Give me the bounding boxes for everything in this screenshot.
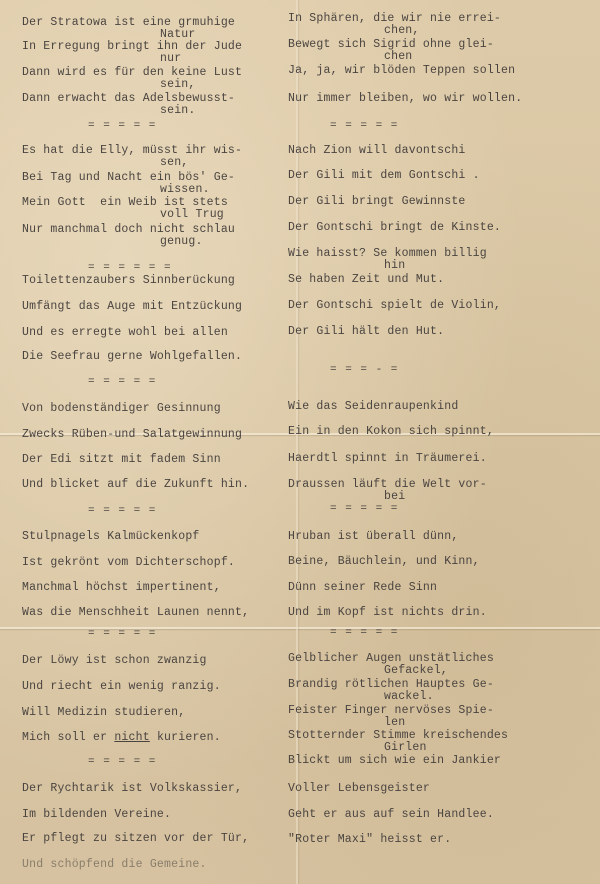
poem-line: Beine, Bäuchlein, und Kinn, bbox=[288, 555, 480, 568]
stanza-divider: = = = = = bbox=[88, 756, 156, 769]
poem-line: Haerdtl spinnt in Träumerei. bbox=[288, 452, 487, 465]
poem-line: Stulpnagels Kalmückenkopf bbox=[22, 530, 200, 543]
stanza-divider: = = = = = bbox=[88, 505, 156, 518]
poem-line: Dann wird es für den keine Lust bbox=[22, 66, 242, 79]
poem-line: Der Rychtarik ist Volkskassier, bbox=[22, 782, 242, 795]
poem-line: Zwecks Rüben-und Salatgewinnung bbox=[22, 428, 242, 441]
poem-line: Mich soll er nicht kurieren. bbox=[22, 731, 221, 744]
poem-line: Was die Menschheit Launen nennt, bbox=[22, 606, 249, 619]
stanza-divider: = = = = = bbox=[88, 120, 156, 133]
poem-line: Blickt um sich wie ein Jankier bbox=[288, 754, 501, 767]
poem-line: Und blicket auf die Zukunft hin. bbox=[22, 478, 249, 491]
poem-line-continuation: wissen. bbox=[160, 183, 210, 196]
poem-line-continuation: len bbox=[384, 716, 405, 729]
poem-line: Und riecht ein wenig ranzig. bbox=[22, 680, 221, 693]
poem-line: In Erregung bringt ihn der Jude bbox=[22, 40, 242, 53]
poem-line: Ein in den Kokon sich spinnt, bbox=[288, 425, 494, 438]
poem-line: Von bodenständiger Gesinnung bbox=[22, 402, 221, 415]
poem-line-continuation: hin bbox=[384, 259, 405, 272]
poem-line-continuation: nur bbox=[160, 52, 181, 65]
poem-line: Toilettenzaubers Sinnberückung bbox=[22, 274, 235, 287]
poem-line-continuation: bei bbox=[384, 490, 405, 503]
poem-line-continuation: chen, bbox=[384, 24, 420, 37]
poem-line-continuation: sein, bbox=[160, 78, 196, 91]
poem-line-continuation: Gefackel, bbox=[384, 664, 448, 677]
poem-line-continuation: sen, bbox=[160, 156, 188, 169]
poem-line-continuation: sein. bbox=[160, 104, 196, 117]
poem-line: Die Seefrau gerne Wohlgefallen. bbox=[22, 350, 242, 363]
underlined-word: nicht bbox=[114, 731, 150, 744]
poem-line-continuation: wackel. bbox=[384, 690, 434, 703]
poem-line: Hruban ist überall dünn, bbox=[288, 530, 458, 543]
stanza-divider: = = = = = bbox=[330, 120, 398, 133]
poem-line: Er pflegt zu sitzen vor der Tür, bbox=[22, 832, 249, 845]
stanza-divider: = = = - = bbox=[330, 364, 398, 377]
stanza-divider: = = = = = bbox=[88, 376, 156, 389]
poem-line: Nur immer bleiben, wo wir wollen. bbox=[288, 92, 522, 105]
poem-line: Manchmal höchst impertinent, bbox=[22, 581, 221, 594]
poem-line: Umfängt das Auge mit Entzückung bbox=[22, 300, 242, 313]
poem-line: Wie das Seidenraupenkind bbox=[288, 400, 458, 413]
poem-line: Der Löwy ist schon zwanzig bbox=[22, 654, 207, 667]
poem-line: Es hat die Elly, müsst ihr wis- bbox=[22, 144, 242, 157]
poem-line: Der Edi sitzt mit fadem Sinn bbox=[22, 453, 221, 466]
poem-line: Voller Lebensgeister bbox=[288, 782, 430, 795]
poem-line: Der Gili hält den Hut. bbox=[288, 325, 444, 338]
poem-line: Ja, ja, wir blöden Teppen sollen bbox=[288, 64, 515, 77]
poem-line-continuation: chen bbox=[384, 50, 412, 63]
poem-line-continuation: voll Trug bbox=[160, 208, 224, 221]
poem-line: Se haben Zeit und Mut. bbox=[288, 273, 444, 286]
poem-line: "Roter Maxi" heisst er. bbox=[288, 833, 451, 846]
poem-line: Der Stratowa ist eine grmuhige bbox=[22, 16, 235, 29]
poem-text: kurieren. bbox=[150, 731, 221, 744]
poem-line: Nur manchmal doch nicht schlau bbox=[22, 223, 235, 236]
poem-line: Und im Kopf ist nichts drin. bbox=[288, 606, 487, 619]
poem-line: Der Gontschi spielt de Violin, bbox=[288, 299, 501, 312]
poem-line: Und schöpfend die Gemeine. bbox=[22, 858, 207, 871]
poem-line: Dünn seiner Rede Sinn bbox=[288, 581, 437, 594]
poem-line: Und es erregte wohl bei allen bbox=[22, 326, 228, 339]
poem-line: Geht er aus auf sein Handlee. bbox=[288, 808, 494, 821]
poem-line: Der Gili mit dem Gontschi . bbox=[288, 169, 480, 182]
poem-line: Dann erwacht das Adelsbewusst- bbox=[22, 92, 235, 105]
paper-fold-vertical bbox=[296, 0, 298, 884]
poem-text: Mich soll er bbox=[22, 731, 114, 744]
poem-line-continuation: genug. bbox=[160, 235, 203, 248]
poem-line: Ist gekrönt vom Dichterschopf. bbox=[22, 556, 235, 569]
stanza-divider: = = = = = bbox=[330, 627, 398, 640]
poem-line: Will Medizin studieren, bbox=[22, 706, 185, 719]
poem-line: Der Gili bringt Gewinnste bbox=[288, 195, 466, 208]
stanza-divider: = = = = = bbox=[88, 628, 156, 641]
poem-line: Nach Zion will davontschi bbox=[288, 144, 466, 157]
poem-line: Der Gontschi bringt de Kinste. bbox=[288, 221, 501, 234]
poem-line-continuation: Girlen bbox=[384, 741, 427, 754]
poem-line: Im bildenden Vereine. bbox=[22, 808, 171, 821]
stanza-divider: = = = = = bbox=[330, 503, 398, 516]
